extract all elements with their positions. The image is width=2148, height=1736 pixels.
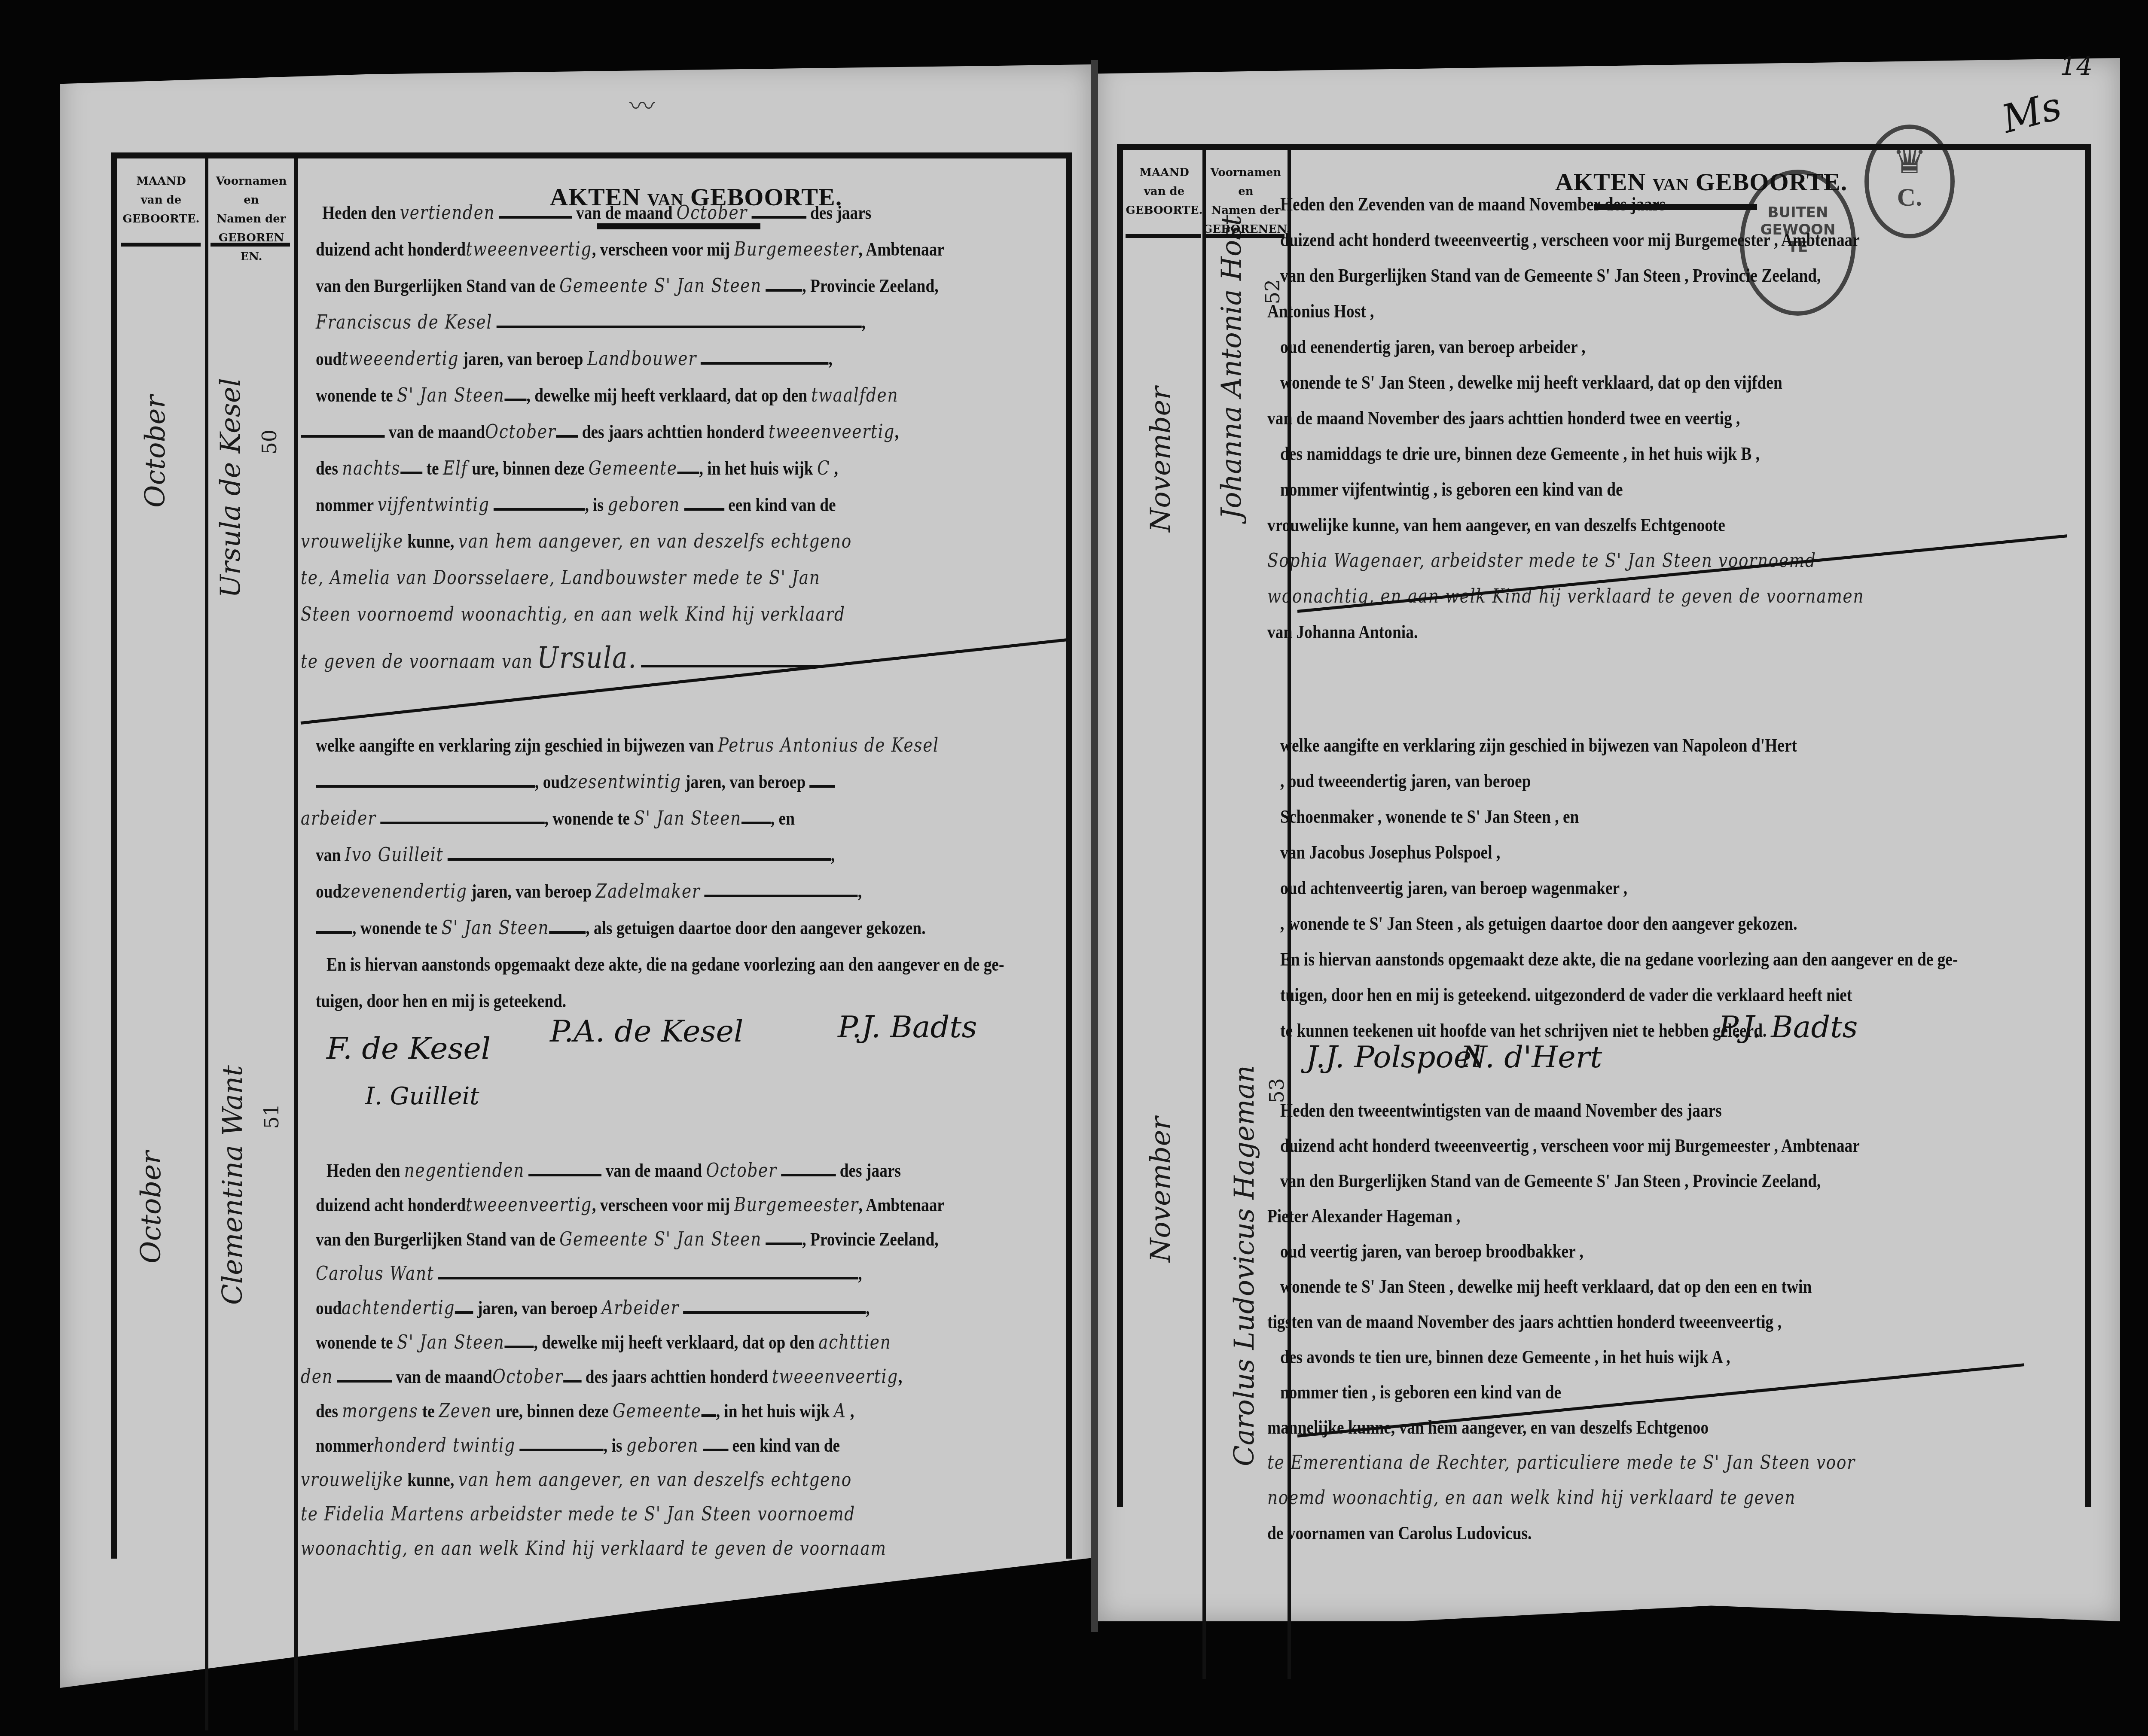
record-line: de voornamen van Carolus Ludovicus. <box>1267 1522 1532 1544</box>
record-line: vrouwelijke kunne, van hem aangever, en … <box>301 530 852 552</box>
record-line: wonende te S' Jan Steen, dewelke mij hee… <box>316 384 898 406</box>
names-column <box>1206 150 1291 1679</box>
record-line: van den Burgerlijken Stand van de Gemeen… <box>316 1228 939 1250</box>
record-line: Heden den vertienden van de maand Octobe… <box>322 202 871 224</box>
record-month: October <box>140 395 171 508</box>
divider <box>121 243 201 247</box>
header-text: GEBOREN EN. <box>211 228 292 266</box>
book-spine <box>1091 60 1098 1632</box>
record-line: nommer vijfentwintig , is geboren een ki… <box>316 494 836 516</box>
record-line: den van de maandOctober des jaars achtti… <box>301 1366 902 1388</box>
header-text: Voornamen en <box>211 172 292 210</box>
witness-line: , wonende te S' Jan Steen, als getuigen … <box>316 917 925 939</box>
right-page-frame <box>1117 144 2091 1507</box>
record-number: 50 <box>258 429 281 455</box>
record-line: Carolus Want , <box>316 1263 862 1285</box>
record-line: woonachtig, en aan welk Kind hij verklaa… <box>301 1538 887 1559</box>
record-line: van de maandOctober des jaars achttien h… <box>301 421 899 443</box>
record-child-name: Clementina Want <box>217 1065 249 1305</box>
decorative-flourish-icon: 〰 <box>629 86 655 123</box>
record-line: Heden den negentienden van de maand Octo… <box>326 1160 901 1182</box>
month-column <box>117 158 208 1730</box>
month-column-header: MAAND van de GEBOORTE. <box>120 172 202 228</box>
record-line: des morgens te Zeven ure, binnen deze Ge… <box>316 1400 854 1422</box>
witness-line: En is hiervan aanstonds opgemaakt deze a… <box>326 953 1004 975</box>
names-column-header: Voornamen en Namen der GEBOREN EN. <box>211 172 292 266</box>
record-line: Steen voornoemd woonachtig, en aan welk … <box>301 603 845 625</box>
header-text: MAAND <box>120 172 202 191</box>
official-signature: P.J. Badts <box>838 1009 977 1045</box>
record-line: vrouwelijke kunne, van hem aangever, en … <box>301 1469 852 1491</box>
witness-line: tuigen, door hen en mij is geteekend. <box>316 990 566 1012</box>
record-child-name: Ursula de Kesel <box>215 378 247 598</box>
record-line: te, Amelia van Doorsselaere, Landbouwste… <box>301 567 820 589</box>
record-line: oudtweeendertig jaren, van beroep Landbo… <box>316 348 833 370</box>
record-line: Franciscus de Kesel , <box>316 311 866 333</box>
record-line: van den Burgerlijken Stand van de Gemeen… <box>316 275 939 297</box>
record-line: nommerhonderd twintig , is geboren een k… <box>316 1434 840 1456</box>
header-text: van de <box>120 191 202 210</box>
record-month: October <box>135 1151 167 1264</box>
record-line: te geven de voornaam van Ursula. <box>301 640 824 675</box>
record-line: duizend acht honderdtweeenveertig, versc… <box>316 238 944 260</box>
witness-line: , oudzesentwintig jaren, van beroep <box>316 771 835 793</box>
header-text: GEBOORTE. <box>120 210 202 228</box>
record-line: oudachtendertig jaren, van beroep Arbeid… <box>316 1297 870 1319</box>
record-line: des nachts te Elf ure, binnen deze Gemee… <box>316 457 838 479</box>
month-column <box>1123 150 1206 1679</box>
record-number: 51 <box>260 1104 283 1129</box>
witness-line: oudzevenendertig jaren, van beroep Zadel… <box>316 880 862 902</box>
page-number: 14 <box>2060 52 2093 82</box>
witness-line: van Ivo Guilleit , <box>316 844 835 866</box>
signature: F. de Kesel <box>326 1031 491 1066</box>
witness-line: welke aangifte en verklaring zijn geschi… <box>316 734 939 756</box>
record-line: duizend acht honderdtweeenveertig, versc… <box>316 1194 944 1216</box>
signature: P.A. de Kesel <box>550 1014 743 1049</box>
header-text: Namen der <box>211 210 292 228</box>
witness-line: arbeider , wonende te S' Jan Steen, en <box>301 807 795 829</box>
signature: I. Guilleit <box>365 1082 479 1110</box>
divider <box>211 243 290 247</box>
record-line: te Fidelia Martens arbeidster mede te S'… <box>301 1503 855 1525</box>
divider <box>597 223 760 229</box>
record-line: wonende te S' Jan Steen, dewelke mij hee… <box>316 1331 891 1353</box>
